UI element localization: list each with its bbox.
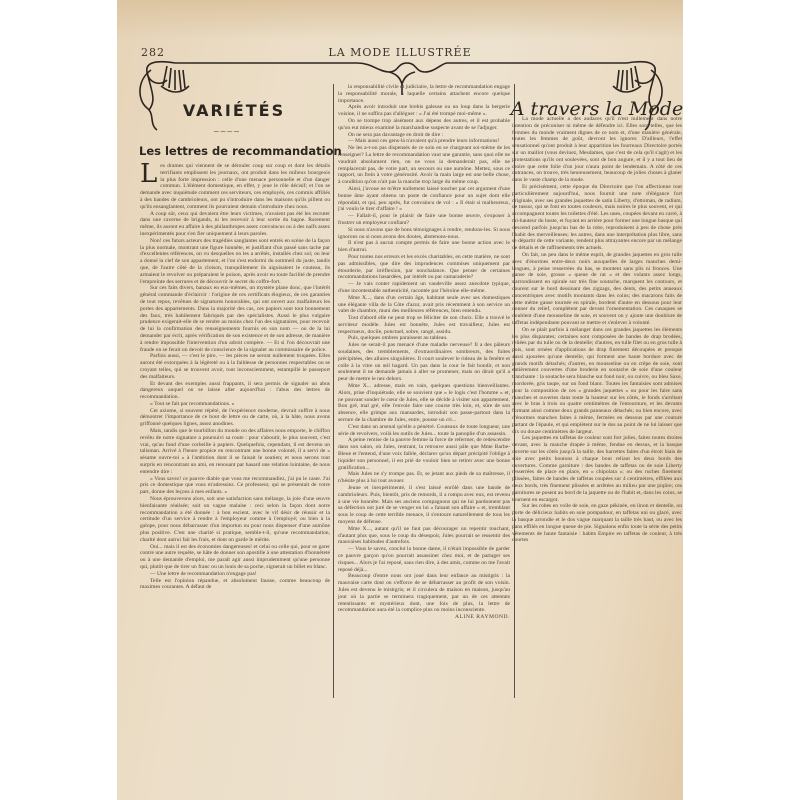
paragraph: — Mais aussi ces gens-là n'avaient qu'à …: [338, 138, 510, 145]
paragraph: Jeune et inexpérimenté, il s'est laissé …: [338, 485, 510, 526]
paragraph: Et devant des exemples aussi frappants, …: [140, 381, 330, 401]
paragraph: La mode actuelle a des audaces qu'il n'e…: [512, 116, 682, 184]
paragraph: Beaucoup d'entre nous ont joué dans leur…: [338, 573, 510, 614]
paragraph: Les jaquettes en taffetas de couleur son…: [512, 435, 682, 503]
paragraph: C'est dans un arsenal qu'elle a pénétré.…: [338, 424, 510, 438]
paragraph: Ainsi, j'avoue ne m'être nullement laiss…: [338, 186, 510, 213]
paragraph: — Fallait-il, pour le plaisir de faire u…: [338, 213, 510, 227]
paragraph: Ne les a-t-on pas dispensés de ce soin e…: [338, 145, 510, 186]
paragraph: Cet axiome, si souvent répété, de l'expé…: [140, 408, 330, 428]
paragraph: « Vous savez! ce pauvre diable que vous …: [140, 476, 330, 496]
title-ornament: ~~~~: [213, 127, 240, 136]
paragraph: Mme X..., dans d'un certain âge, habitan…: [338, 295, 510, 315]
paragraph: Sur ces faits divers, banaux en eux-même…: [140, 285, 330, 353]
paragraph: A coup sûr, ceux qui devaient être leurs…: [140, 211, 330, 238]
paragraph: Jules ne serait-il pas menacé d'une mala…: [338, 342, 510, 383]
paragraph: Telle est l'opinion répandue, et absolum…: [140, 578, 330, 592]
paragraph: On se plaît parfois à mélanger dans ces …: [512, 327, 682, 436]
paragraph: la responsabilité civile et judiciaire, …: [338, 84, 510, 104]
section-title-varietes: VARIÉTÉS: [159, 101, 309, 120]
paragraph: Mme X... adresse, mais en vain, quelques…: [338, 383, 510, 424]
drop-cap: L: [140, 163, 157, 185]
paragraph: — Une lettre de recommandation n'engage …: [140, 571, 330, 578]
paragraph: Après avoir introduit une brebis galeuse…: [338, 104, 510, 118]
magazine-page: 282 LA MODE ILLUSTRÉE VARIÉTÉS ~~~~: [117, 0, 683, 800]
middle-column-text: la responsabilité civile et judiciaire, …: [333, 84, 515, 698]
paragraph: Et précisément, cette époque du Directoi…: [512, 184, 682, 252]
paragraph: Il n'est pas à aucun compte permis de fa…: [338, 240, 510, 254]
paragraph: Non! ces futurs acteurs des tragédies sa…: [140, 238, 330, 286]
paragraph: Pour toutes nos erreurs et les excès cha…: [338, 254, 510, 281]
paragraph: Sur les robes en voile de soie, en gaze …: [512, 503, 682, 544]
paragraph: On fait, un peu dans le même esprit, de …: [512, 252, 682, 327]
left-column-text: Les drames qui viennent de se dérouler c…: [140, 163, 330, 705]
paragraph: Parfois aussi, — c'est le pire, — les pi…: [140, 353, 330, 380]
paragraph: Tout d'abord elle ne peut trop se félici…: [338, 315, 510, 335]
right-column-text: La mode actuelle a des audaces qu'il n'e…: [512, 116, 682, 742]
paragraph: « Tout se fait par recommandations. »: [140, 401, 330, 408]
paragraph: Les drames qui viennent de se dérouler c…: [140, 163, 330, 211]
paragraph: Si nous n'avons que de bons témoignages …: [338, 227, 510, 241]
paragraph: Mais Jules ne s'y trompe pas. Et, se jet…: [338, 471, 510, 485]
article-title: Les lettres de recommandation: [139, 144, 334, 158]
paragraph: On se trompe trop aisément aux dépens de…: [338, 118, 510, 132]
paragraph: Mme X..., autant qu'il ne faut pas décou…: [338, 526, 510, 546]
paragraph: — Je vais conter rapidement un vaudevill…: [338, 281, 510, 295]
paragraph: Nous éprouverons alors, soit une satisfa…: [140, 496, 330, 544]
paragraph: Mais, tandis que le tourbillon du monde …: [140, 428, 330, 476]
paragraph: — Vous le savez, conclut la bonne dame, …: [338, 546, 510, 573]
author-signature: ALINE RAYMOND.: [338, 614, 510, 621]
paragraph: A peine remise de la pauvre femme la for…: [338, 437, 510, 471]
paragraph: Puis, quelques ombres paraissent au tabl…: [338, 335, 510, 342]
paragraph: Oui... mais il est des économies dangere…: [140, 544, 330, 571]
